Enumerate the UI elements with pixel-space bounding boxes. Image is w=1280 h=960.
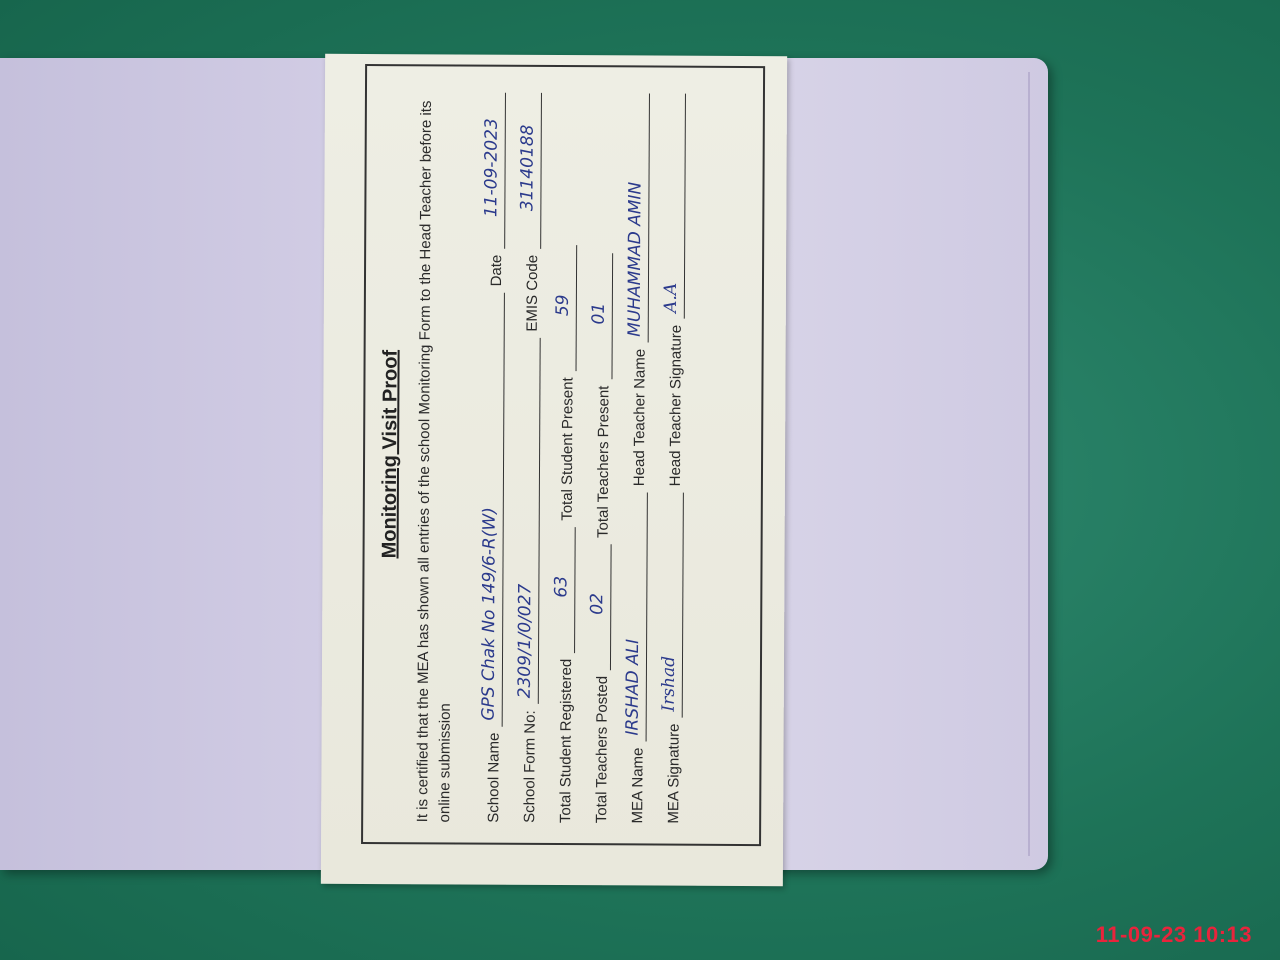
school-name-label: School Name [485,733,502,823]
students-registered-value: 63 [548,527,576,653]
head-teacher-signature-label: Head Teacher Signature [667,325,685,487]
students-present-label: Total Student Present [559,377,577,521]
monitoring-form: Monitoring Visit Proof It is certified t… [361,64,765,846]
paper-slip: Monitoring Visit Proof It is certified t… [321,54,787,886]
mea-name-value: IRSHAD ALI [620,492,648,742]
emis-code-label: EMIS Code [524,255,541,332]
row-names: MEA Name IRSHAD ALI Head Teacher Name MU… [610,87,650,823]
head-teacher-name-label: Head Teacher Name [631,349,649,486]
mea-signature-label: MEA Signature [665,724,683,824]
head-teacher-name-value: MUHAMMAD AMIN [622,93,650,343]
students-registered-label: Total Student Registered [557,659,575,823]
row-form-no: School Form No: 2309/1/0/027 EMIS Code 3… [502,87,542,823]
emis-code-value: 31140188 [514,93,542,249]
teachers-present-label: Total Teachers Present [595,386,613,538]
row-school-name: School Name GPS Chak No 149/6-R(W) Date … [466,87,506,823]
mea-name-label: MEA Name [629,748,646,824]
date-label: Date [488,255,505,287]
certification-text: It is certified that the MEA has shown a… [412,86,460,822]
form-title: Monitoring Visit Proof [377,86,404,822]
date-value: 11-09-2023 [478,93,506,249]
row-students: Total Student Registered 63 Total Studen… [538,87,578,823]
teachers-posted-value: 02 [584,544,612,670]
students-present-value: 59 [550,245,578,371]
teachers-present-value: 01 [585,254,613,380]
teachers-posted-label: Total Teachers Posted [593,676,611,823]
camera-timestamp: 11-09-23 10:13 [1096,922,1252,948]
mea-signature-value: Irshad [656,492,684,717]
head-teacher-signature-value: A.A [658,94,686,319]
school-name-value: GPS Chak No 149/6-R(W) [476,292,505,726]
school-form-no-value: 2309/1/0/027 [512,337,541,704]
school-form-no-label: School Form No: [521,710,539,823]
row-signatures: MEA Signature Irshad Head Teacher Signat… [646,87,686,823]
row-teachers: Total Teachers Posted 02 Total Teachers … [574,87,614,823]
